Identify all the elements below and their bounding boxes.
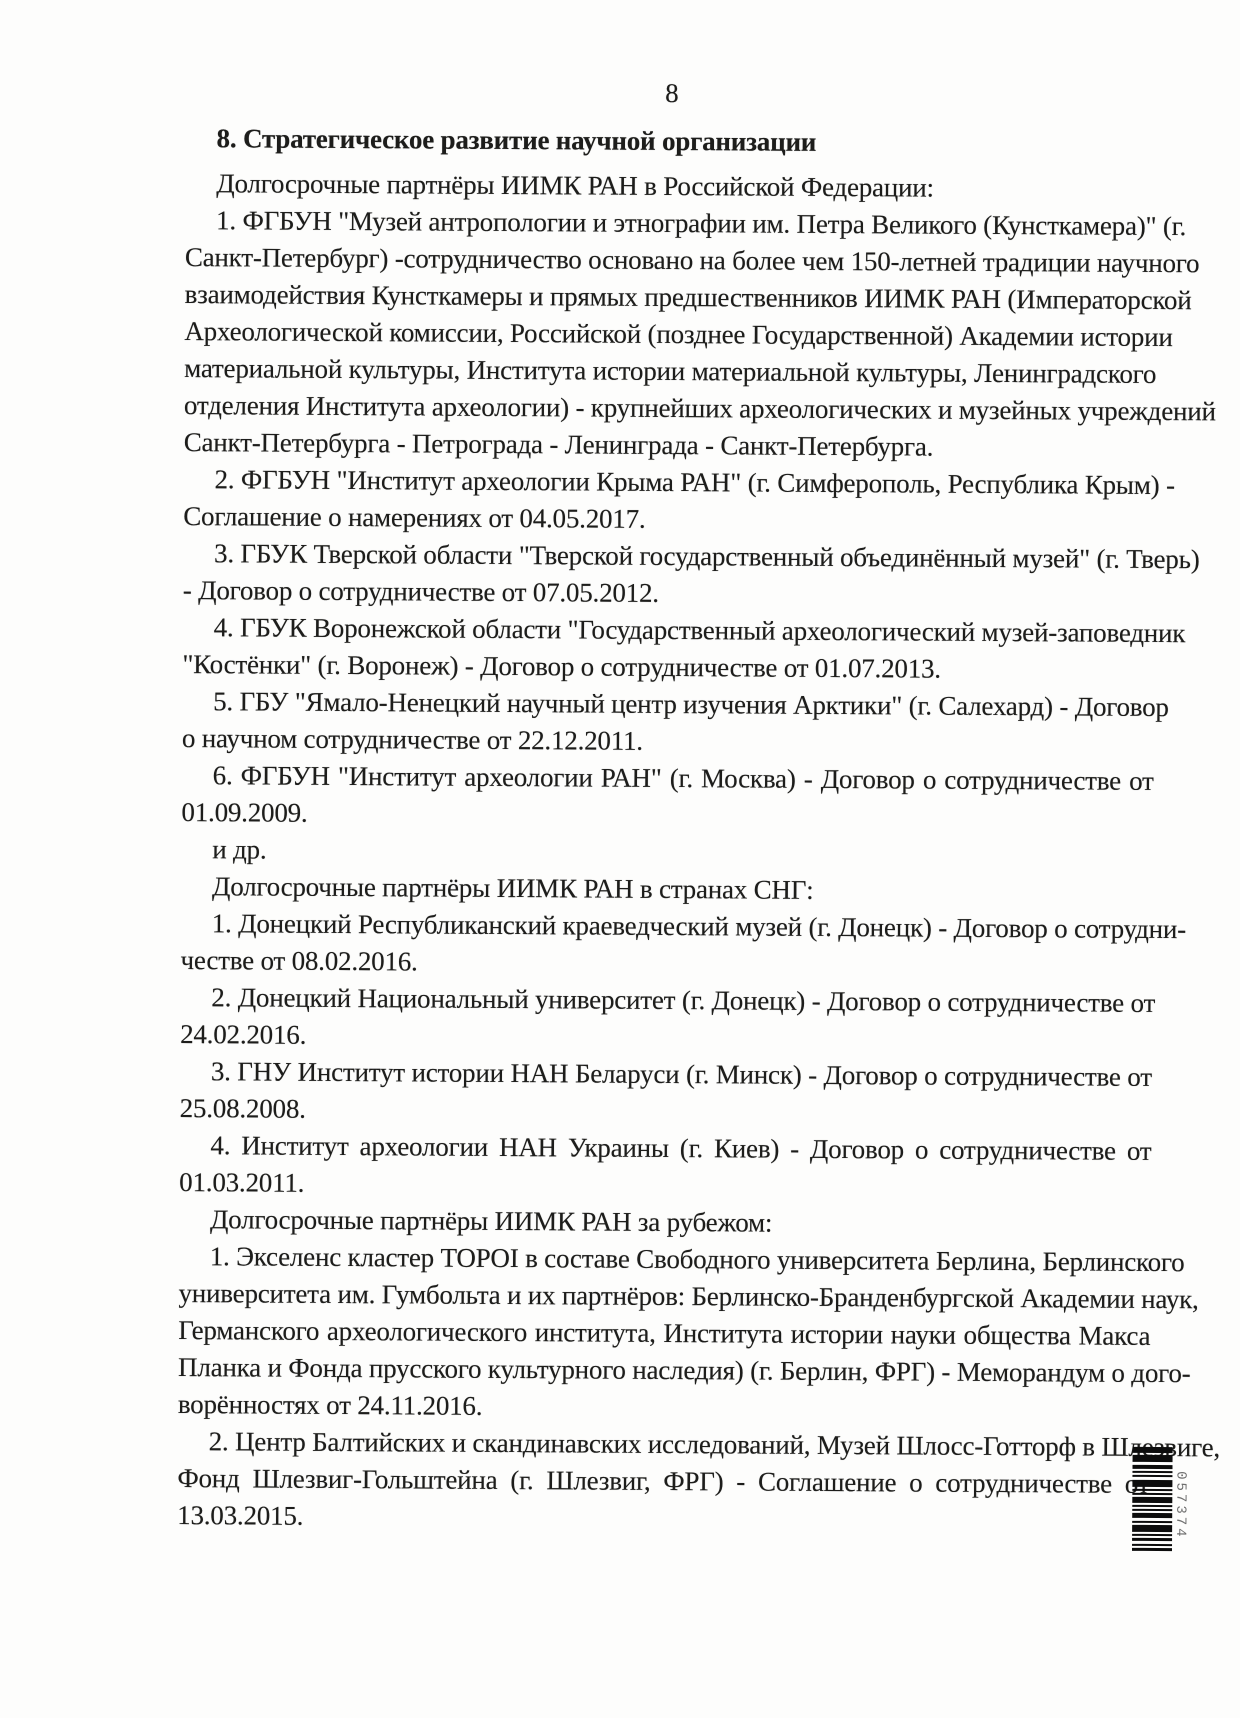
- text-line: "Костёнки" (г. Воронеж) - Договор о сотр…: [182, 646, 1154, 689]
- text-line: 25.08.2008.: [180, 1090, 1152, 1133]
- text-line: Фонд Шлезвиг-Гольштейна (г. Шлезвиг, ФРГ…: [177, 1460, 1149, 1503]
- barcode-bar: [1132, 1548, 1172, 1551]
- text-line: 24.02.2016.: [180, 1016, 1152, 1059]
- text-line: 1. ФГБУН "Музей антропологии и этнографи…: [185, 202, 1157, 245]
- text-line: материальной культуры, Института истории…: [184, 350, 1156, 393]
- text-line: Соглашение о намерениях от 04.05.2017.: [183, 498, 1155, 541]
- text-line: честве от 08.02.2016.: [180, 942, 1152, 985]
- text-line: 3. ГБУК Тверской области "Тверской госуд…: [183, 535, 1155, 578]
- text-line: о научном сотрудничестве от 22.12.2011.: [182, 720, 1154, 763]
- text-line: 2. Донецкий Национальный университет (г.…: [180, 979, 1152, 1022]
- text-line: - Договор о сотрудничестве от 07.05.2012…: [183, 572, 1155, 615]
- text-line: 5. ГБУ "Ямало-Ненецкий научный центр изу…: [182, 683, 1154, 726]
- section-heading: 8. Стратегическое развитие научной орган…: [185, 119, 1157, 163]
- text-line: 3. ГНУ Институт истории НАН Беларуси (г.…: [180, 1053, 1152, 1096]
- text-line: университета им. Гумбольта и их партнёро…: [178, 1275, 1150, 1318]
- text-line: 2. ФГБУН "Институт археологии Крыма РАН"…: [183, 461, 1155, 504]
- barcode-bar: [1132, 1544, 1172, 1546]
- text-line: 13.03.2015.: [177, 1497, 1149, 1540]
- barcode-bar: [1133, 1455, 1173, 1462]
- text-line: Планка и Фонда прусского культурного нас…: [178, 1349, 1150, 1392]
- text-line: 1. Донецкий Республиканский краеведчески…: [181, 905, 1153, 948]
- text-line: и др.: [181, 831, 1153, 874]
- text-line: ворённостях от 24.11.2016.: [178, 1386, 1150, 1429]
- text-line: 01.03.2011.: [179, 1164, 1151, 1207]
- text-line: Археологической комиссии, Российской (по…: [184, 313, 1156, 356]
- text-line: 2. Центр Балтийских и скандинавских иссл…: [178, 1423, 1150, 1466]
- page-number: 8: [186, 72, 1158, 115]
- text-line: Долгосрочные партнёры ИИМК РАН за рубежо…: [179, 1201, 1151, 1244]
- document-body: Долгосрочные партнёры ИИМК РАН в Российс…: [177, 165, 1157, 1540]
- text-line: Долгосрочные партнёры ИИМК РАН в Российс…: [185, 165, 1157, 208]
- barcode-number: 057374: [1161, 1471, 1198, 1540]
- barcode-bar: [1132, 1465, 1172, 1469]
- text-line: 01.09.2009.: [181, 794, 1153, 837]
- text-line: 6. ФГБУН "Институт археологии РАН" (г. М…: [182, 757, 1154, 800]
- barcode: 057374: [1132, 1447, 1173, 1551]
- text-line: взаимодействия Кунсткамеры и прямых пред…: [185, 276, 1157, 319]
- text-line: Санкт-Петербург) -сотрудничество основан…: [185, 239, 1157, 282]
- text-line: Санкт-Петербурга - Петрограда - Ленингра…: [184, 424, 1156, 467]
- text-line: 4. Институт археологии НАН Украины (г. К…: [179, 1127, 1151, 1170]
- document-content: 8 8. Стратегическое развитие научной орг…: [177, 72, 1158, 1540]
- scanned-document-page: 8 8. Стратегическое развитие научной орг…: [0, 0, 1240, 1718]
- text-line: 1. Экселенс кластер TOPOI в составе Своб…: [179, 1238, 1151, 1281]
- text-line: отделения Института археологии) - крупне…: [184, 387, 1156, 430]
- text-line: Долгосрочные партнёры ИИМК РАН в странах…: [181, 868, 1153, 911]
- text-line: Германского археологического института, …: [178, 1312, 1150, 1355]
- barcode-bar: [1133, 1447, 1173, 1453]
- text-line: 4. ГБУК Воронежской области "Государстве…: [183, 609, 1155, 652]
